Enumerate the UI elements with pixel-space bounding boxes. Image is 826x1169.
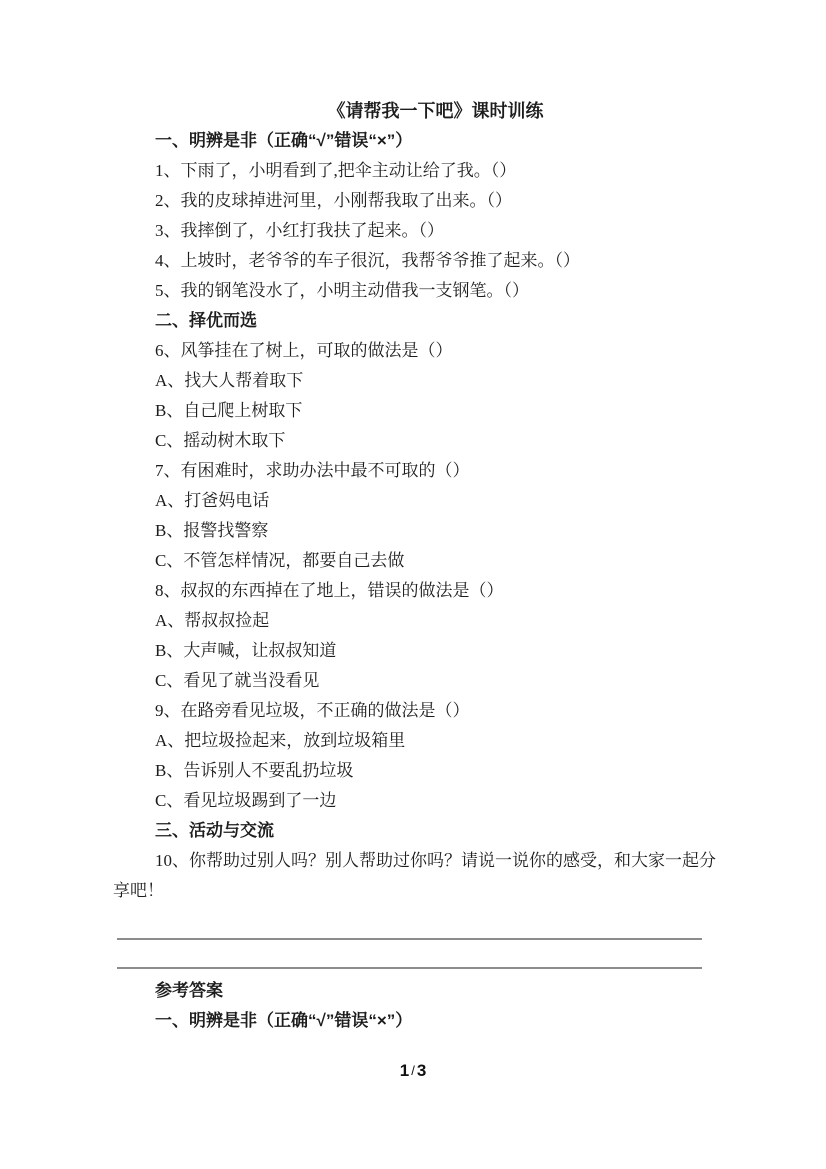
question-line: 4、上坡时，老爷爷的车子很沉，我帮爷爷推了起来。（）: [113, 246, 758, 276]
page-number-total: 3: [417, 1061, 426, 1080]
page-number: 1/3: [0, 1061, 826, 1081]
option-line: A、把垃圾捡起来，放到垃圾箱里: [113, 726, 758, 756]
answers-heading: 参考答案: [113, 976, 758, 1006]
answer-blank-line: [117, 938, 702, 940]
section-2-heading: 二、择优而选: [113, 306, 758, 336]
worksheet-page: 《请帮我一下吧》课时训练 一、明辨是非（正确“√”错误“×”） 1、下雨了，小明…: [0, 0, 826, 1169]
option-line: A、找大人帮着取下: [113, 366, 758, 396]
document-body: 《请帮我一下吧》课时训练 一、明辨是非（正确“√”错误“×”） 1、下雨了，小明…: [113, 96, 758, 1036]
page-title: 《请帮我一下吧》课时训练: [113, 96, 758, 126]
section-1-heading: 一、明辨是非（正确“√”错误“×”）: [113, 126, 758, 156]
question-line: 2、我的皮球掉进河里，小刚帮我取了出来。（）: [113, 186, 758, 216]
option-line: A、帮叔叔捡起: [113, 606, 758, 636]
question-line-continuation: 享吧！: [113, 876, 758, 906]
question-line: 3、我摔倒了，小红打我扶了起来。（）: [113, 216, 758, 246]
option-line: C、摇动树木取下: [113, 426, 758, 456]
option-line: B、自己爬上树取下: [113, 396, 758, 426]
option-line: A、打爸妈电话: [113, 486, 758, 516]
page-number-current: 1: [400, 1061, 409, 1080]
question-line: 7、有困难时，求助办法中最不可取的（）: [113, 456, 758, 486]
section-3-heading: 三、活动与交流: [113, 816, 758, 846]
answer-blank-line: [117, 967, 702, 969]
option-line: B、报警找警察: [113, 516, 758, 546]
question-line: 5、我的钢笔没水了，小明主动借我一支钢笔。（）: [113, 276, 758, 306]
option-line: C、看见垃圾踢到了一边: [113, 786, 758, 816]
option-line: C、不管怎样情况，都要自己去做: [113, 546, 758, 576]
question-line: 6、风筝挂在了树上，可取的做法是（）: [113, 336, 758, 366]
page-number-separator: /: [409, 1063, 417, 1078]
question-line: 10、你帮助过别人吗？别人帮助过你吗？请说一说你的感受，和大家一起分: [113, 846, 758, 876]
option-line: B、告诉别人不要乱扔垃圾: [113, 756, 758, 786]
question-line: 8、叔叔的东西掉在了地上，错误的做法是（）: [113, 576, 758, 606]
option-line: C、看见了就当没看见: [113, 666, 758, 696]
answers-subheading: 一、明辨是非（正确“√”错误“×”）: [113, 1006, 758, 1036]
question-line: 9、在路旁看见垃圾，不正确的做法是（）: [113, 696, 758, 726]
option-line: B、大声喊，让叔叔知道: [113, 636, 758, 666]
question-line: 1、下雨了，小明看到了,把伞主动让给了我。（）: [113, 156, 758, 186]
